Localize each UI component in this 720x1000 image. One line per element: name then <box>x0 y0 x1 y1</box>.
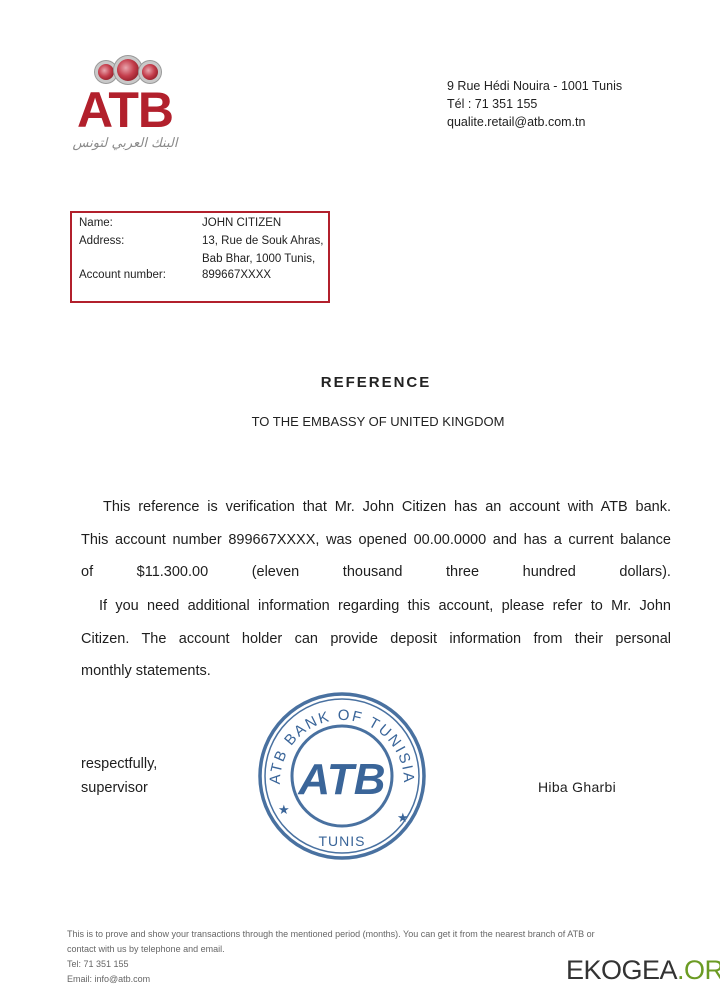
word: thousand <box>343 556 403 589</box>
account-value: 899667XXXX <box>202 269 271 281</box>
word: (eleven <box>252 556 300 589</box>
logo-brand-text: ATB <box>70 82 180 138</box>
name-value: JOHN CITIZEN <box>202 217 281 229</box>
stamp-center-text: ATB <box>297 755 385 804</box>
paragraph-verification: This reference is verification that Mr. … <box>81 491 671 589</box>
footer-note: This is to prove and show your transacti… <box>67 927 595 987</box>
paragraph-additional-info: If you need additional information regar… <box>81 590 671 688</box>
globe-icon <box>98 64 114 80</box>
bank-email: qualite.retail@atb.com.tn <box>447 113 622 131</box>
footer-tel: Tel: 71 351 155 <box>67 957 595 972</box>
star-icon: ★ <box>278 802 290 817</box>
logo-arabic-text: البنك العربي لتونس <box>70 136 180 151</box>
watermark-name: EKOGEA <box>566 955 677 985</box>
name-label: Name: <box>79 217 199 229</box>
atb-logo: ATB البنك العربي لتونس <box>70 56 180 160</box>
address-line-2: Bab Bhar, 1000 Tunis, <box>202 253 315 265</box>
address-line-1: 13, Rue de Souk Ahras, <box>202 235 323 247</box>
word: three <box>446 556 479 589</box>
closing-salutation: respectfully, <box>81 752 157 776</box>
watermark: EKOGEA.ORG <box>566 955 720 986</box>
paragraph-line-balance: of $11.300.00 (eleven thousand three hun… <box>81 556 671 589</box>
word: hundred <box>523 556 576 589</box>
footer-note-line: This is to prove and show your transacti… <box>67 927 595 942</box>
account-label: Account number: <box>79 269 199 281</box>
signer-name: Hiba Gharbi <box>538 779 616 795</box>
bank-contact-block: 9 Rue Hédi Nouira - 1001 Tunis Tél : 71 … <box>447 77 622 131</box>
client-info-box: Name: JOHN CITIZEN Address: 13, Rue de S… <box>70 211 330 303</box>
document-title: REFERENCE <box>0 374 720 391</box>
word: of <box>81 556 93 589</box>
star-icon: ★ <box>397 810 409 825</box>
watermark-tld: .ORG <box>677 955 720 985</box>
paragraph-line: monthly statements. <box>81 655 671 688</box>
closing-block: respectfully, supervisor <box>81 752 157 800</box>
document-subtitle: TO THE EMBASSY OF UNITED KINGDOM <box>0 414 720 429</box>
paragraph-line: If you need additional information regar… <box>81 590 671 623</box>
globe-icon <box>142 64 158 80</box>
footer-email: Email: info@atb.com <box>67 972 595 987</box>
footer-note-line: contact with us by telephone and email. <box>67 942 595 957</box>
bank-stamp: ATB BANK OF TUNISIA TUNIS ATB ★ ★ <box>256 690 428 862</box>
paragraph-line: This account number 899667XXXX, was open… <box>81 524 671 557</box>
signer-role: supervisor <box>81 776 157 800</box>
bank-phone: Tél : 71 351 155 <box>447 95 622 113</box>
balance-amount: $11.300.00 <box>137 556 209 589</box>
word: dollars). <box>619 556 671 589</box>
paragraph-line: This reference is verification that Mr. … <box>81 491 671 524</box>
paragraph-line: Citizen. The account holder can provide … <box>81 623 671 656</box>
bank-address: 9 Rue Hédi Nouira - 1001 Tunis <box>447 77 622 95</box>
stamp-seal-icon: ATB BANK OF TUNISIA TUNIS ATB ★ ★ <box>256 690 428 862</box>
address-label: Address: <box>79 235 199 247</box>
globe-icon <box>117 59 139 81</box>
stamp-bottom-text: TUNIS <box>319 833 366 849</box>
